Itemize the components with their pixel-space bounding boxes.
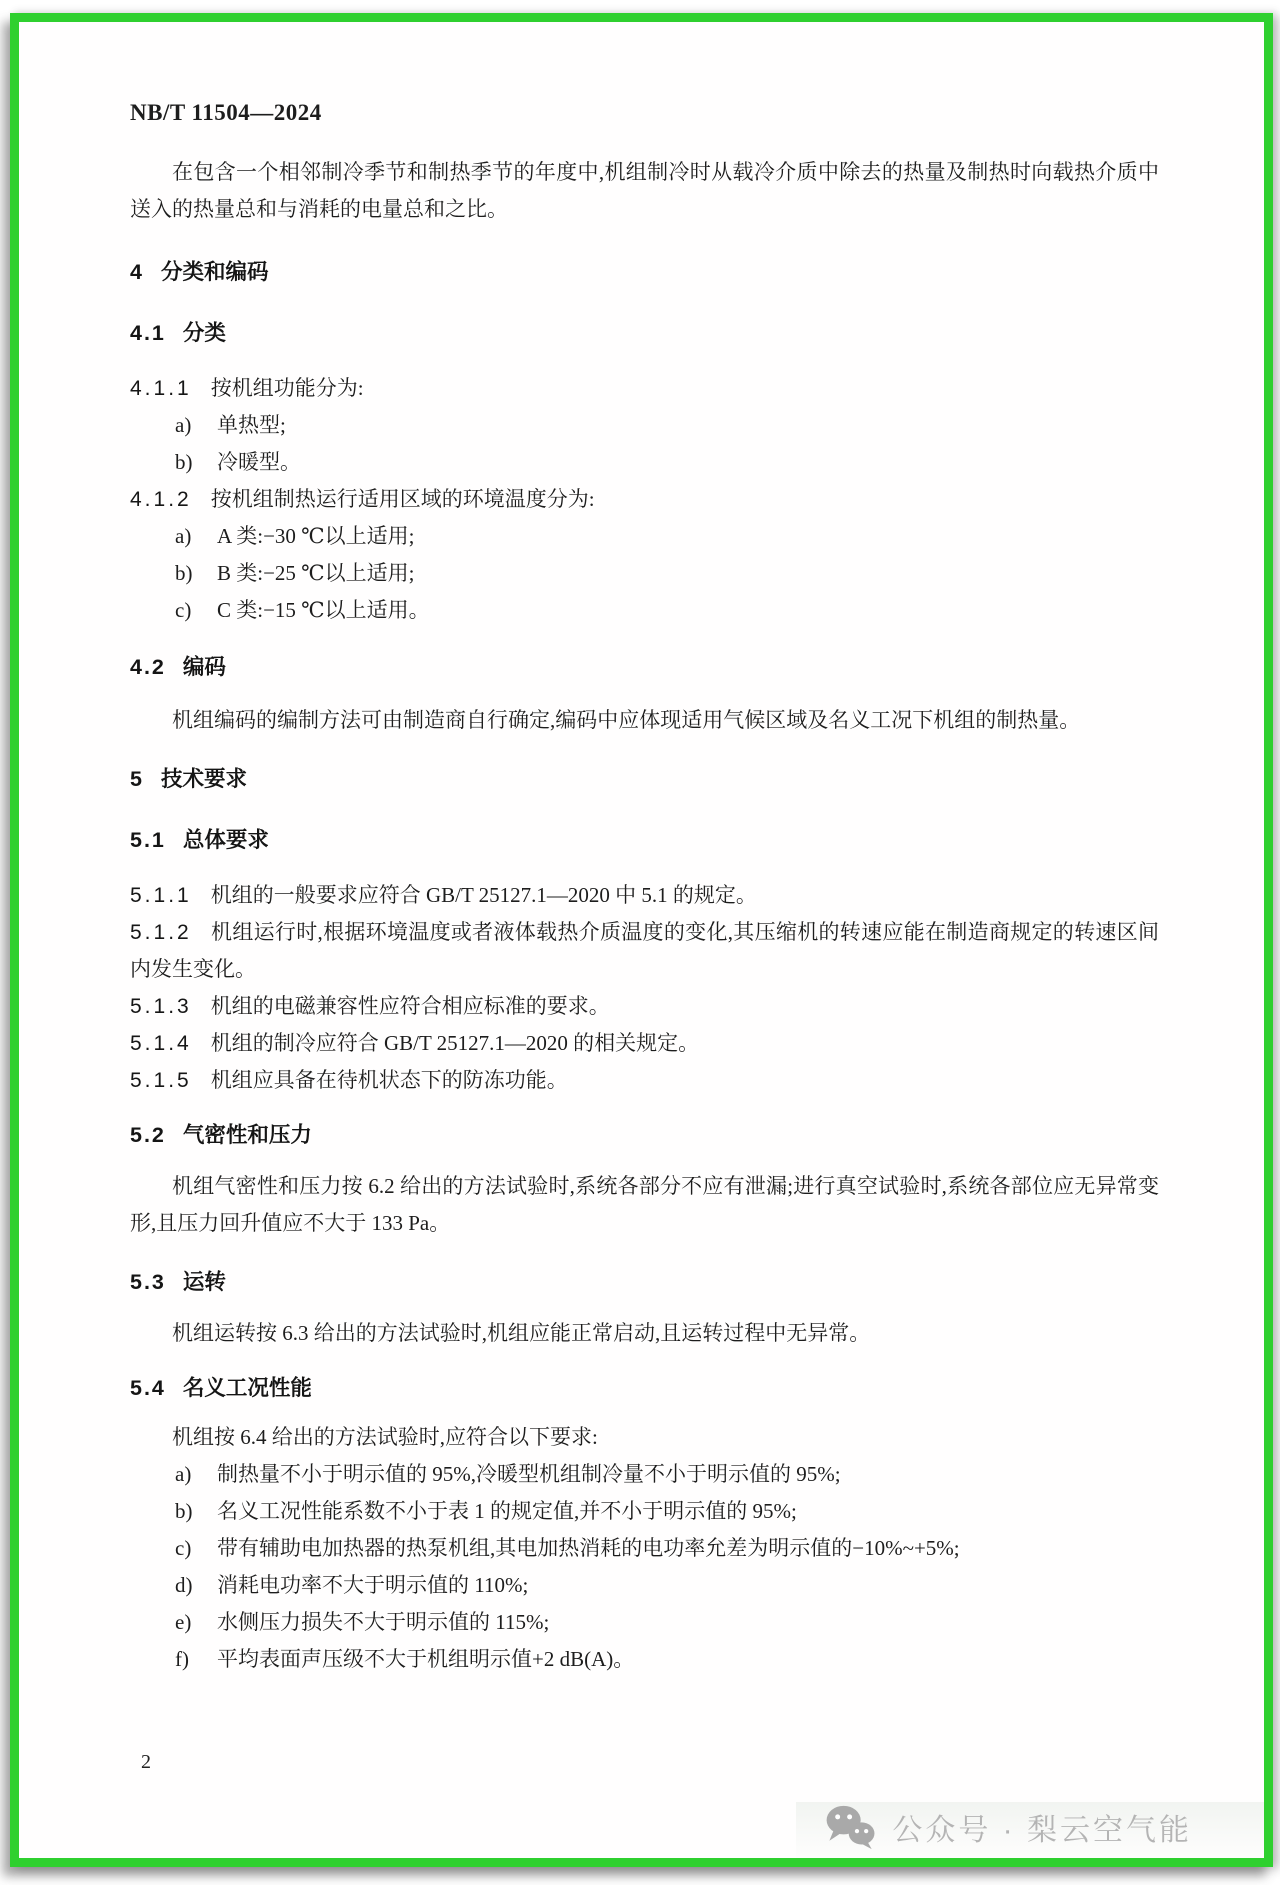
clause-5-1-4-number: 5.1.4 — [130, 1032, 192, 1055]
section-5-title: 技术要求 — [161, 767, 247, 791]
list-item: a)制热量不小于明示值的 95%,冷暖型机组制冷量不小于明示值的 95%; — [130, 1456, 1159, 1493]
list-5-4: a)制热量不小于明示值的 95%,冷暖型机组制冷量不小于明示值的 95%; b)… — [130, 1456, 1159, 1678]
list-item-text: 消耗电功率不大于明示值的 110%; — [217, 1567, 1159, 1604]
clause-5-1-3-text: 机组的电磁兼容性应符合相应标准的要求。 — [211, 994, 610, 1018]
section-4-2-title: 编码 — [183, 655, 226, 679]
list-item-text: 平均表面声压级不大于机组明示值+2 dB(A)。 — [217, 1641, 1159, 1678]
list-item-text: 带有辅助电加热器的热泵机组,其电加热消耗的电功率允差为明示值的−10%~+5%; — [217, 1530, 1159, 1567]
list-item: d)消耗电功率不大于明示值的 110%; — [130, 1567, 1159, 1604]
clause-4-1-1: 4.1.1按机组功能分为: — [130, 370, 1159, 407]
section-5-4-title: 名义工况性能 — [183, 1376, 312, 1400]
section-5-heading: 5技术要求 — [130, 761, 1159, 798]
paragraph-5-4-intro: 机组按 6.4 给出的方法试验时,应符合以下要求: — [130, 1419, 1159, 1456]
clause-5-1-1-text: 机组的一般要求应符合 GB/T 25127.1—2020 中 5.1 的规定。 — [211, 883, 757, 907]
list-4-1-1: a)单热型; b)冷暖型。 — [130, 407, 1159, 481]
clause-5-1-4-text: 机组的制冷应符合 GB/T 25127.1—2020 的相关规定。 — [211, 1031, 699, 1055]
list-item-marker: c) — [175, 592, 217, 629]
clause-5-1-2: 5.1.2机组运行时,根据环境温度或者液体载热介质温度的变化,其压缩机的转速应能… — [130, 914, 1159, 988]
list-item-marker: e) — [175, 1604, 217, 1641]
list-item-text: 单热型; — [217, 407, 1159, 444]
section-4-1-number: 4.1 — [130, 321, 166, 345]
document-page: NB/T 11504—2024 在包含一个相邻制冷季节和制热季节的年度中,机组制… — [10, 13, 1273, 1867]
section-5-3-heading: 5.3运转 — [130, 1264, 1159, 1301]
clause-4-1-2-text: 按机组制热运行适用区域的环境温度分为: — [211, 487, 595, 511]
section-5-1-number: 5.1 — [130, 828, 166, 852]
list-4-1-2: a)A 类:−30 ℃以上适用; b)B 类:−25 ℃以上适用; c)C 类:… — [130, 518, 1159, 629]
list-item: a)单热型; — [130, 407, 1159, 444]
section-4-1-heading: 4.1分类 — [130, 315, 1159, 352]
list-item: c)C 类:−15 ℃以上适用。 — [130, 592, 1159, 629]
paragraph-5-3: 机组运转按 6.3 给出的方法试验时,机组应能正常启动,且运转过程中无异常。 — [130, 1315, 1159, 1352]
list-item-marker: d) — [175, 1567, 217, 1604]
section-5-2-title: 气密性和压力 — [183, 1123, 312, 1147]
list-item-marker: a) — [175, 407, 217, 444]
section-4-1-title: 分类 — [183, 321, 226, 345]
section-4-number: 4 — [130, 260, 144, 284]
list-item: b)B 类:−25 ℃以上适用; — [130, 555, 1159, 592]
clause-4-1-1-number: 4.1.1 — [130, 377, 192, 400]
section-5-number: 5 — [130, 767, 144, 791]
clause-5-1-5-text: 机组应具备在待机状态下的防冻功能。 — [211, 1068, 568, 1092]
list-item-text: 冷暖型。 — [217, 444, 1159, 481]
section-5-2-number: 5.2 — [130, 1123, 166, 1147]
section-4-title: 分类和编码 — [161, 260, 269, 284]
document-content: NB/T 11504—2024 在包含一个相邻制冷季节和制热季节的年度中,机组制… — [19, 22, 1264, 1678]
section-5-4-heading: 5.4名义工况性能 — [130, 1370, 1159, 1407]
list-item: a)A 类:−30 ℃以上适用; — [130, 518, 1159, 555]
clause-5-1-5-number: 5.1.5 — [130, 1069, 192, 1092]
list-item-marker: a) — [175, 518, 217, 555]
definition-paragraph: 在包含一个相邻制冷季节和制热季节的年度中,机组制冷时从载冷介质中除去的热量及制热… — [130, 154, 1159, 228]
list-item: f)平均表面声压级不大于机组明示值+2 dB(A)。 — [130, 1641, 1159, 1678]
list-item-text: A 类:−30 ℃以上适用; — [217, 518, 1159, 555]
list-item: b)名义工况性能系数不小于表 1 的规定值,并不小于明示值的 95%; — [130, 1493, 1159, 1530]
section-5-4-number: 5.4 — [130, 1376, 166, 1400]
list-item: e)水侧压力损失不大于明示值的 115%; — [130, 1604, 1159, 1641]
list-item-text: B 类:−25 ℃以上适用; — [217, 555, 1159, 592]
clause-5-1-2-text: 机组运行时,根据环境温度或者液体载热介质温度的变化,其压缩机的转速应能在制造商规… — [130, 920, 1159, 981]
wechat-icon — [823, 1804, 879, 1850]
list-item-text: 制热量不小于明示值的 95%,冷暖型机组制冷量不小于明示值的 95%; — [217, 1456, 1159, 1493]
list-item-marker: c) — [175, 1530, 217, 1567]
clause-5-1-2-number: 5.1.2 — [130, 921, 192, 944]
page-number: 2 — [141, 1751, 151, 1774]
list-item-marker: b) — [175, 555, 217, 592]
list-item-marker: b) — [175, 444, 217, 481]
paragraph-4-2: 机组编码的编制方法可由制造商自行确定,编码中应体现适用气候区域及名义工况下机组的… — [130, 702, 1159, 739]
clause-4-1-1-text: 按机组功能分为: — [211, 376, 364, 400]
clause-5-1-3-number: 5.1.3 — [130, 995, 192, 1018]
standard-number: NB/T 11504—2024 — [130, 98, 1159, 128]
clause-5-1-1: 5.1.1机组的一般要求应符合 GB/T 25127.1—2020 中 5.1 … — [130, 877, 1159, 914]
section-4-2-heading: 4.2编码 — [130, 649, 1159, 686]
watermark: 公众号 · 梨云空气能 — [823, 1804, 1192, 1850]
clause-5-1-5: 5.1.5机组应具备在待机状态下的防冻功能。 — [130, 1062, 1159, 1099]
list-item-text: 水侧压力损失不大于明示值的 115%; — [217, 1604, 1159, 1641]
watermark-text: 公众号 · 梨云空气能 — [892, 1805, 1192, 1849]
section-5-1-title: 总体要求 — [183, 828, 269, 852]
list-item-text: C 类:−15 ℃以上适用。 — [217, 592, 1159, 629]
list-item-marker: a) — [175, 1456, 217, 1493]
list-item-marker: b) — [175, 1493, 217, 1530]
clause-4-1-2-number: 4.1.2 — [130, 488, 192, 511]
section-5-3-title: 运转 — [183, 1270, 226, 1294]
clause-5-1-3: 5.1.3机组的电磁兼容性应符合相应标准的要求。 — [130, 988, 1159, 1025]
section-5-2-heading: 5.2气密性和压力 — [130, 1117, 1159, 1154]
section-4-heading: 4分类和编码 — [130, 254, 1159, 291]
section-5-1-heading: 5.1总体要求 — [130, 822, 1159, 859]
list-item-text: 名义工况性能系数不小于表 1 的规定值,并不小于明示值的 95%; — [217, 1493, 1159, 1530]
clause-5-1-4: 5.1.4机组的制冷应符合 GB/T 25127.1—2020 的相关规定。 — [130, 1025, 1159, 1062]
list-item: c)带有辅助电加热器的热泵机组,其电加热消耗的电功率允差为明示值的−10%~+5… — [130, 1530, 1159, 1567]
clause-4-1-2: 4.1.2按机组制热运行适用区域的环境温度分为: — [130, 481, 1159, 518]
list-item: b)冷暖型。 — [130, 444, 1159, 481]
list-item-marker: f) — [175, 1641, 217, 1678]
section-4-2-number: 4.2 — [130, 655, 166, 679]
clause-5-1-1-number: 5.1.1 — [130, 884, 192, 907]
section-5-3-number: 5.3 — [130, 1270, 166, 1294]
paragraph-5-2: 机组气密性和压力按 6.2 给出的方法试验时,系统各部分不应有泄漏;进行真空试验… — [130, 1168, 1159, 1242]
